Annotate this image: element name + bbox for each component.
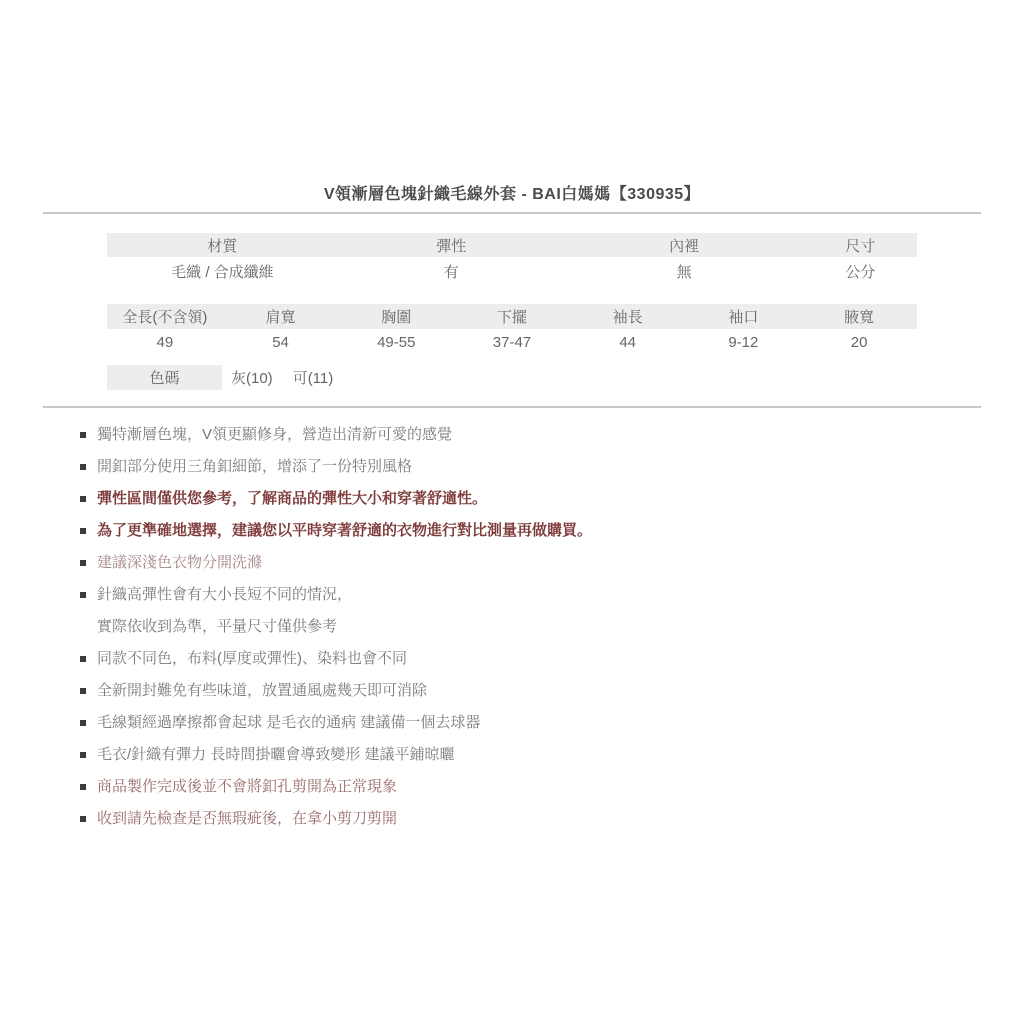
color-option-cocoa: 可(11) xyxy=(293,367,334,388)
note-text: 同款不同色，布料(厚度或彈性)、染料也會不同 xyxy=(97,651,407,667)
bullet-icon xyxy=(80,432,86,438)
list-item-continuation: 實際依收到為準，平量尺寸僅供參考 xyxy=(79,619,979,635)
product-description-page: V領漸層色塊針織毛線外套 - BAI白媽媽【330935】 材質 彈性 內裡 尺… xyxy=(0,0,1024,1024)
size-header-hem: 下擺 xyxy=(454,304,570,329)
size-table-value-row: 49 54 49-55 37-47 44 9-12 20 xyxy=(107,329,917,356)
product-notes-list: 獨特漸層色塊，V領更顯修身，營造出清新可愛的感覺 開釦部分使用三角釦細節，增添了… xyxy=(79,427,979,843)
list-item: 彈性區間僅供您參考，了解商品的彈性大小和穿著舒適性。 xyxy=(79,491,979,507)
spec-table: 材質 彈性 內裡 尺寸 毛織 / 合成纖維 有 無 公分 xyxy=(107,233,917,285)
size-header-bust: 胸圍 xyxy=(338,304,454,329)
spec-value-lining: 無 xyxy=(565,257,804,285)
spec-table-value-row: 毛織 / 合成纖維 有 無 公分 xyxy=(107,257,917,285)
note-text: 商品製作完成後並不會將釦孔剪開為正常現象 xyxy=(97,779,397,795)
size-value-hem: 37-47 xyxy=(454,329,570,356)
size-value-length: 49 xyxy=(107,329,223,356)
note-text: 開釦部分使用三角釦細節，增添了一份特別風格 xyxy=(97,459,412,475)
spec-value-material: 毛織 / 合成纖維 xyxy=(107,257,338,285)
size-header-shoulder: 肩寬 xyxy=(223,304,339,329)
note-text: 獨特漸層色塊，V領更顯修身，營造出清新可愛的感覺 xyxy=(97,427,452,443)
size-value-bust: 49-55 xyxy=(338,329,454,356)
color-code-label: 色碼 xyxy=(107,365,222,390)
size-table-header-row: 全長(不含領) 肩寬 胸圍 下擺 袖長 袖口 腋寬 xyxy=(107,304,917,329)
spec-value-unit: 公分 xyxy=(804,257,917,285)
list-item: 全新開封難免有些味道，放置通風處幾天即可消除 xyxy=(79,683,979,699)
size-value-shoulder: 54 xyxy=(223,329,339,356)
spec-header-unit: 尺寸 xyxy=(804,233,917,257)
bullet-icon xyxy=(80,752,86,758)
bullet-icon xyxy=(80,720,86,726)
spec-table-header-row: 材質 彈性 內裡 尺寸 xyxy=(107,233,917,257)
bullet-icon xyxy=(80,528,86,534)
list-item: 針織高彈性會有大小長短不同的情況， xyxy=(79,587,979,603)
size-value-armpit: 20 xyxy=(801,329,917,356)
list-item: 獨特漸層色塊，V領更顯修身，營造出清新可愛的感覺 xyxy=(79,427,979,443)
bullet-icon xyxy=(80,496,86,502)
size-header-length: 全長(不含領) xyxy=(107,304,223,329)
bullet-icon xyxy=(80,656,86,662)
note-text: 彈性區間僅供您參考，了解商品的彈性大小和穿著舒適性。 xyxy=(97,491,487,507)
bullet-icon xyxy=(80,816,86,822)
bullet-icon xyxy=(80,464,86,470)
size-value-cuff: 9-12 xyxy=(686,329,802,356)
list-item: 同款不同色，布料(厚度或彈性)、染料也會不同 xyxy=(79,651,979,667)
size-header-cuff: 袖口 xyxy=(686,304,802,329)
note-text: 全新開封難免有些味道，放置通風處幾天即可消除 xyxy=(97,683,427,699)
list-item: 毛衣/針織有彈力 長時間掛曬會導致變形 建議平鋪晾曬 xyxy=(79,747,979,763)
color-code-values: 灰(10) 可(11) xyxy=(222,367,333,388)
divider-bottom xyxy=(43,406,981,408)
size-header-sleeve-length: 袖長 xyxy=(570,304,686,329)
list-item: 毛線類經過摩擦都會起球 是毛衣的通病 建議備一個去球器 xyxy=(79,715,979,731)
spec-header-elasticity: 彈性 xyxy=(338,233,565,257)
spec-header-material: 材質 xyxy=(107,233,338,257)
bullet-icon xyxy=(80,784,86,790)
note-text: 為了更準確地選擇，建議您以平時穿著舒適的衣物進行對比測量再做購買。 xyxy=(97,523,592,539)
list-item: 收到請先檢查是否無瑕疵後，在拿小剪刀剪開 xyxy=(79,811,979,827)
bullet-icon xyxy=(80,592,86,598)
list-item: 開釦部分使用三角釦細節，增添了一份特別風格 xyxy=(79,459,979,475)
note-text: 收到請先檢查是否無瑕疵後，在拿小剪刀剪開 xyxy=(97,811,397,827)
size-header-armpit: 腋寬 xyxy=(801,304,917,329)
page-title: V領漸層色塊針織毛線外套 - BAI白媽媽【330935】 xyxy=(0,181,1024,204)
size-value-sleeve-length: 44 xyxy=(570,329,686,356)
spec-value-elasticity: 有 xyxy=(338,257,565,285)
spec-header-lining: 內裡 xyxy=(565,233,804,257)
color-option-gray: 灰(10) xyxy=(231,367,273,388)
bullet-icon xyxy=(80,560,86,566)
list-item: 為了更準確地選擇，建議您以平時穿著舒適的衣物進行對比測量再做購買。 xyxy=(79,523,979,539)
note-text: 針織高彈性會有大小長短不同的情況， xyxy=(97,587,352,603)
list-item: 建議深淺色衣物分開洗滌 xyxy=(79,555,979,571)
bullet-icon xyxy=(80,688,86,694)
note-text: 建議深淺色衣物分開洗滌 xyxy=(97,555,262,571)
note-text: 毛衣/針織有彈力 長時間掛曬會導致變形 建議平鋪晾曬 xyxy=(97,747,455,763)
note-text: 實際依收到為準，平量尺寸僅供參考 xyxy=(97,619,337,635)
note-text: 毛線類經過摩擦都會起球 是毛衣的通病 建議備一個去球器 xyxy=(97,715,480,731)
color-code-row: 色碼 灰(10) 可(11) xyxy=(107,365,333,390)
size-table: 全長(不含領) 肩寬 胸圍 下擺 袖長 袖口 腋寬 49 54 49-55 37… xyxy=(107,304,917,356)
divider-top xyxy=(43,212,981,214)
list-item: 商品製作完成後並不會將釦孔剪開為正常現象 xyxy=(79,779,979,795)
